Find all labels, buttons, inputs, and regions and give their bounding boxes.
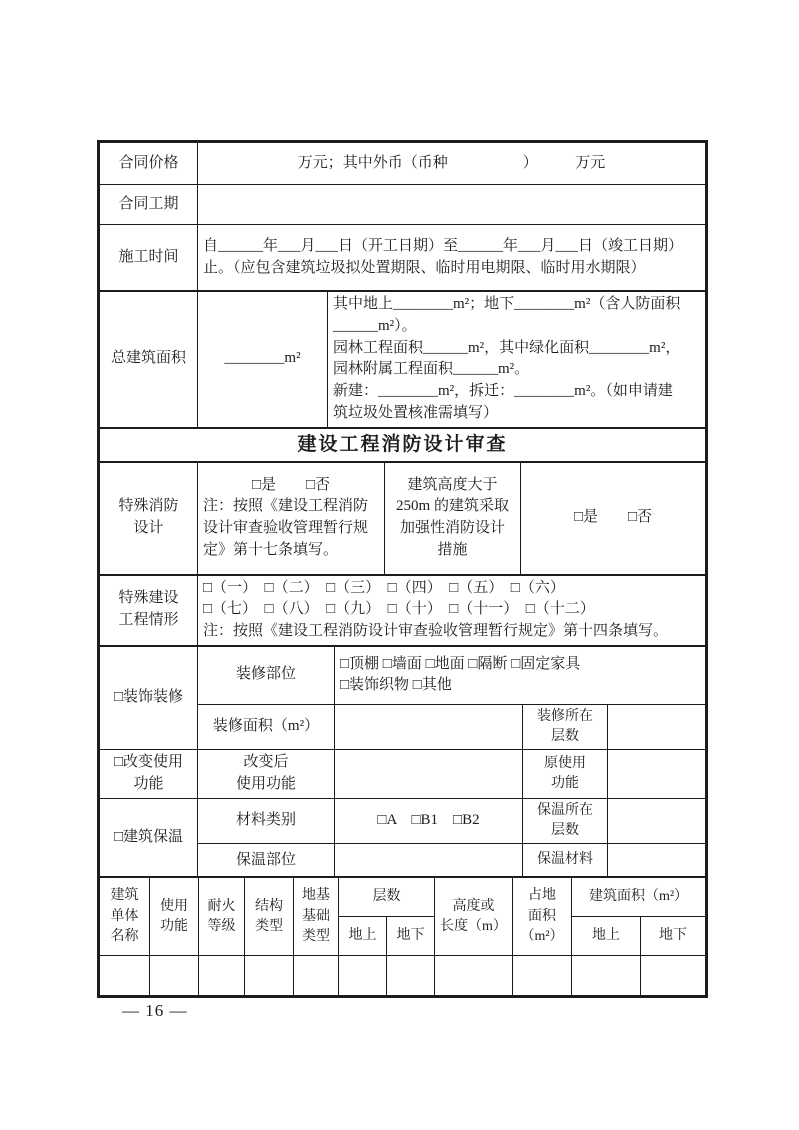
- header-fire-rating: 耐火 等级: [199, 878, 245, 956]
- contract-period-field[interactable]: [198, 185, 706, 225]
- total-area-blank-field[interactable]: ________m²: [198, 292, 328, 428]
- change-use-after-label: 改变后 使用功能: [198, 750, 335, 799]
- header-area-below: 地下: [641, 917, 706, 956]
- special-project-section: 特殊建设 工程情形 □（一） □（二） □（三） □（四） □（五） □（六） …: [99, 575, 706, 646]
- fire-review-title-section: 建设工程消防设计审查: [99, 428, 706, 462]
- special-fire-design-yesno-checkboxes[interactable]: □是 □否: [203, 475, 379, 497]
- decoration-floors-field[interactable]: [608, 704, 706, 750]
- table-row: □装饰装修 装修部位 □顶棚 □墙面 □地面 □隔断 □固定家具 □装饰织物 □…: [100, 646, 706, 704]
- table-row: □建筑保温 材料类别 □A □B1 □B2 保温所在 层数: [100, 798, 706, 844]
- decoration-floors-label: 装修所在 层数: [523, 704, 608, 750]
- decoration-area-field[interactable]: [335, 704, 523, 750]
- page-number: — 16 —: [122, 1001, 188, 1021]
- header-floors-above: 地上: [339, 917, 387, 956]
- table-row: 特殊消防 设计 □是 □否 注：按照《建设工程消防设计审查验收管理暂行规定》第十…: [100, 462, 706, 574]
- special-project-options-row2-checkboxes[interactable]: □（七） □（八） □（九） □（十） □（十一） □（十二）: [203, 599, 700, 621]
- special-fire-design-label: 特殊消防 设计: [100, 462, 198, 574]
- tall-building-yesno-checkboxes[interactable]: □是 □否: [521, 462, 706, 574]
- insulation-checkbox-label[interactable]: □建筑保温: [100, 798, 198, 877]
- header-building-area: 建筑面积（m²）: [572, 878, 706, 917]
- total-area-details-field[interactable]: 其中地上________m²；地下________m²（含人防面积 ______…: [328, 292, 706, 428]
- header-floors-below: 地下: [387, 917, 435, 956]
- table-row: 总建筑面积 ________m² 其中地上________m²；地下______…: [100, 292, 706, 428]
- insulation-part-field[interactable]: [335, 844, 523, 877]
- insulation-material-label: 保温材料: [523, 844, 608, 877]
- header-height-length: 高度或 长度（m）: [435, 878, 513, 956]
- floors-below-field[interactable]: [387, 956, 435, 996]
- special-project-cell: □（一） □（二） □（三） □（四） □（五） □（六） □（七） □（八） …: [198, 575, 706, 645]
- special-fire-design-cell: □是 □否 注：按照《建设工程消防设计审查验收管理暂行规定》第十七条填写。: [198, 462, 385, 574]
- change-use-original-field[interactable]: [608, 750, 706, 799]
- change-use-checkbox-label[interactable]: □改变使用 功能: [100, 750, 198, 799]
- footprint-area-field[interactable]: [513, 956, 572, 996]
- insulation-floors-field[interactable]: [608, 798, 706, 844]
- application-form-table: 合同价格 万元；其中外币（币种 ） 万元 合同工期 施工时间 自______年_…: [97, 140, 708, 998]
- table-row: 合同价格 万元；其中外币（币种 ） 万元: [100, 143, 706, 185]
- decoration-insulation-section: □装饰装修 装修部位 □顶棚 □墙面 □地面 □隔断 □固定家具 □装饰织物 □…: [99, 646, 706, 878]
- structure-type-field[interactable]: [245, 956, 294, 996]
- change-use-original-label: 原使用 功能: [523, 750, 608, 799]
- insulation-material-type-checkboxes[interactable]: □A □B1 □B2: [335, 798, 523, 844]
- header-use-function: 使用 功能: [150, 878, 199, 956]
- floors-above-field[interactable]: [339, 956, 387, 996]
- insulation-material-field[interactable]: [608, 844, 706, 877]
- decoration-checkbox-label[interactable]: □装饰装修: [100, 646, 198, 750]
- insulation-part-label: 保温部位: [198, 844, 335, 877]
- tall-building-measures-label: 建筑高度大于 250m 的建筑采取 加强性消防设计 措施: [385, 462, 521, 574]
- special-project-label: 特殊建设 工程情形: [100, 575, 198, 645]
- table-row: □改变使用 功能 改变后 使用功能 原使用 功能: [100, 750, 706, 799]
- contract-price-label: 合同价格: [100, 143, 198, 185]
- total-area-label: 总建筑面积: [100, 292, 198, 428]
- fire-rating-field[interactable]: [199, 956, 245, 996]
- foundation-type-field[interactable]: [294, 956, 339, 996]
- decoration-part-options-checkboxes[interactable]: □顶棚 □墙面 □地面 □隔断 □固定家具 □装饰织物 □其他: [335, 646, 706, 704]
- insulation-material-type-label: 材料类别: [198, 798, 335, 844]
- insulation-floors-label: 保温所在 层数: [523, 798, 608, 844]
- special-fire-design-section: 特殊消防 设计 □是 □否 注：按照《建设工程消防设计审查验收管理暂行规定》第十…: [99, 462, 706, 575]
- table-row: 建设工程消防设计审查: [100, 428, 706, 461]
- table-row: 特殊建设 工程情形 □（一） □（二） □（三） □（四） □（五） □（六） …: [100, 575, 706, 645]
- section-title: 建设工程消防设计审查: [100, 428, 706, 461]
- table-row: 合同工期: [100, 185, 706, 225]
- table-row: [100, 956, 706, 996]
- total-area-section: 总建筑面积 ________m² 其中地上________m²；地下______…: [99, 291, 706, 428]
- contract-price-field[interactable]: 万元；其中外币（币种 ） 万元: [198, 143, 706, 185]
- header-foundation-type: 地基 基础 类型: [294, 878, 339, 956]
- header-area-above: 地上: [572, 917, 641, 956]
- contract-period-label: 合同工期: [100, 185, 198, 225]
- area-below-field[interactable]: [641, 956, 706, 996]
- table-header-row: 建筑 单体 名称 使用 功能 耐火 等级 结构 类型 地基 基础 类型 层数 高…: [100, 878, 706, 917]
- table-row: 施工时间 自______年___月___日（开工日期）至______年___月_…: [100, 225, 706, 291]
- contract-section: 合同价格 万元；其中外币（币种 ） 万元 合同工期 施工时间 自______年_…: [99, 142, 706, 291]
- decoration-area-label: 装修面积（m²）: [198, 704, 335, 750]
- building-name-field[interactable]: [100, 956, 150, 996]
- header-footprint-area: 占地 面积 （m²）: [513, 878, 572, 956]
- special-project-options-row1-checkboxes[interactable]: □（一） □（二） □（三） □（四） □（五） □（六）: [203, 578, 700, 600]
- header-floors: 层数: [339, 878, 435, 917]
- buildings-table: 建筑 单体 名称 使用 功能 耐火 等级 结构 类型 地基 基础 类型 层数 高…: [99, 877, 706, 996]
- construction-time-field[interactable]: 自______年___月___日（开工日期）至______年___月___日（竣…: [198, 225, 706, 291]
- area-above-field[interactable]: [572, 956, 641, 996]
- header-building-name: 建筑 单体 名称: [100, 878, 150, 956]
- construction-time-label: 施工时间: [100, 225, 198, 291]
- special-project-note: 注：按照《建设工程消防设计审查验收管理暂行规定》第十四条填写。: [203, 621, 700, 643]
- decoration-part-label: 装修部位: [198, 646, 335, 704]
- header-structure-type: 结构 类型: [245, 878, 294, 956]
- height-length-field[interactable]: [435, 956, 513, 996]
- special-fire-design-note: 注：按照《建设工程消防设计审查验收管理暂行规定》第十七条填写。: [203, 496, 379, 561]
- change-use-after-field[interactable]: [335, 750, 523, 799]
- use-function-field[interactable]: [150, 956, 199, 996]
